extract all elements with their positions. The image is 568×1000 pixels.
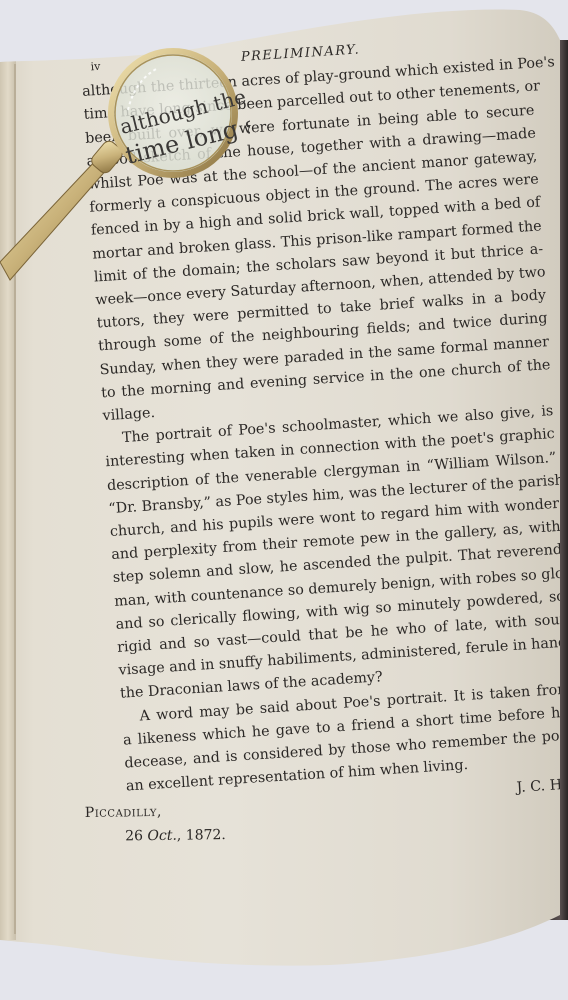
- dateline: Piccadilly, 26 Oct., 1872.: [85, 799, 226, 849]
- magnifying-glass-icon: although the thirteen a time long since: [0, 40, 250, 300]
- date-month: Oct.: [147, 828, 177, 844]
- date-year: , 1872.: [177, 827, 226, 844]
- date: 26 Oct., 1872.: [85, 823, 226, 849]
- paragraph-2: The portrait of Poe's schoolmaster, whic…: [103, 400, 568, 706]
- place-name: Piccadilly,: [85, 799, 226, 825]
- date-day: 26: [125, 828, 143, 844]
